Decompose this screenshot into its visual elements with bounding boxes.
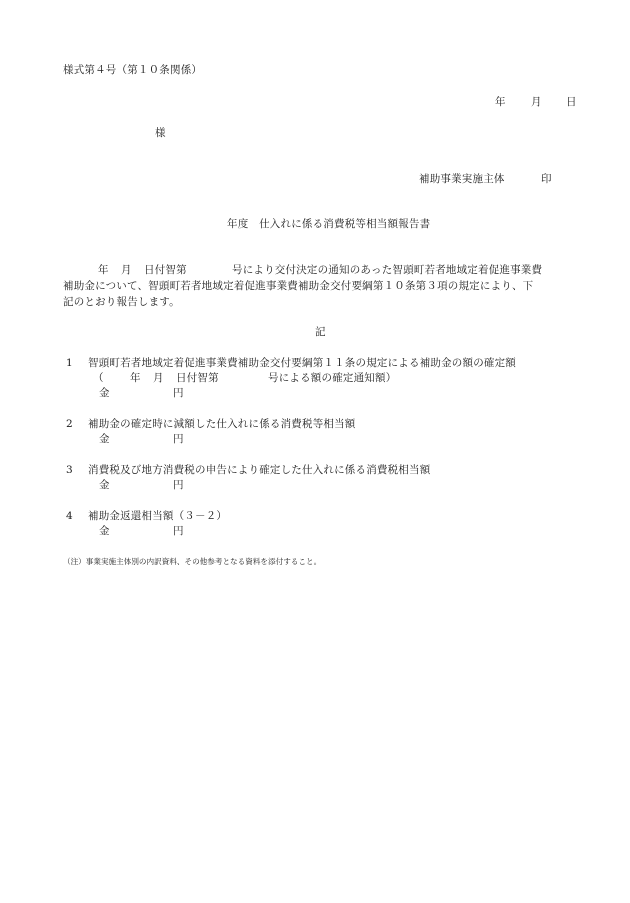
body-line1-rest: 号により交付決定の通知のあった智頭町若者地域定着促進事業費 [232,264,542,276]
item-3-amount-unit: 円 [173,479,184,491]
body-year: 年 [98,264,109,276]
submitter-label: 補助事業実施主体 [419,173,505,185]
item-2-amount-unit: 円 [173,433,184,445]
item-1-amount-prefix: 金 [99,387,110,399]
date-day: 日 [566,96,577,108]
document-page: 様式第４号（第１０条関係） 年 月 日 様 補助事業実施主体 印 年度 仕入れに… [0,0,630,903]
item-4-amount-unit: 円 [173,525,184,537]
item-1-sub-month: 月 [153,372,164,384]
item-4-amount-prefix: 金 [99,525,110,537]
item-2-amount-prefix: 金 [99,433,110,445]
item-1-text: 智頭町若者地域定着促進事業費補助金交付要綱第１１条の規定による補助金の額の確定額 [88,357,516,369]
date-year: 年 [495,96,506,108]
item-3-amount-prefix: 金 [99,479,110,491]
footnote: （注）事業実施主体別の内訳資料、その他参考となる資料を添付すること。 [63,557,321,567]
item-4-number: 4 [66,510,73,522]
form-number: 様式第４号（第１０条関係） [63,64,202,76]
body-day-ref: 日付智第 [144,264,187,276]
document-title: 年度 仕入れに係る消費税等相当額報告書 [227,218,430,230]
body-line2: 補助金について、智頭町若者地域定着促進事業費補助金交付要綱第１０条第３項の規定に… [63,280,533,292]
item-1-sub-year: 年 [130,372,141,384]
addressee-suffix: 様 [155,127,166,139]
seal-mark: 印 [541,173,552,185]
item-1-sub-rest: 号による額の確定通知額） [268,372,396,384]
item-3-text: 消費税及び地方消費税の申告により確定した仕入れに係る消費税相当額 [88,464,430,476]
item-1-number: 1 [66,357,73,369]
item-1-amount-unit: 円 [173,387,184,399]
item-3-number: 3 [66,464,73,476]
date-month: 月 [531,96,542,108]
item-2-text: 補助金の確定時に減額した仕入れに係る消費税等相当額 [88,418,356,430]
item-4-text: 補助金返還相当額（３－２） [88,510,227,522]
body-month: 月 [121,264,132,276]
ki-heading: 記 [315,326,326,338]
item-1-open-paren: （ [93,372,104,384]
body-line3: 記のとおり報告します。 [63,296,180,308]
item-1-sub-day-ref: 日付智第 [176,372,219,384]
item-2-number: 2 [66,418,73,430]
